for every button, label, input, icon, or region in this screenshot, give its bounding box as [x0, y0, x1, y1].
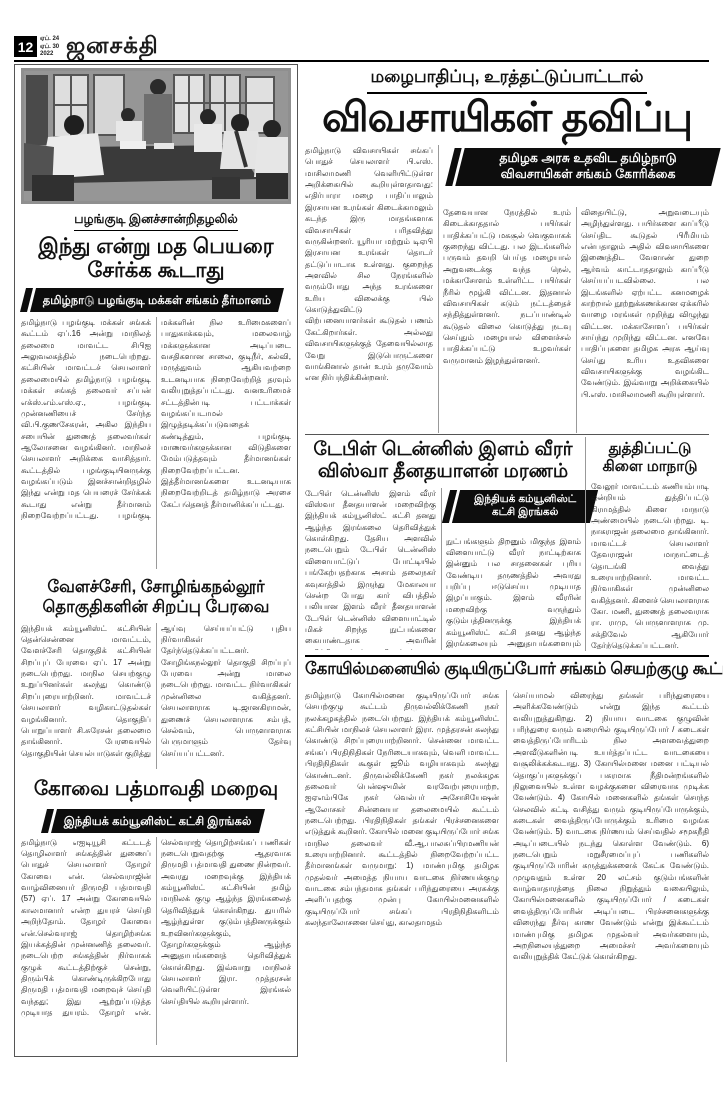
temple-article: கோயில்மனையில் குடியிருப்போர் சங்கம் செயற… — [305, 660, 709, 1078]
temple-body: தமிழ்நாடு கோயில்மனை குடியிருப்போர் சங்க … — [305, 690, 709, 1078]
assembly-headline: வேளச்சேரி, சோழிங்கநல்லூர் தொகுதிகளின் சி… — [21, 578, 291, 618]
assembly-body: இந்தியக் கம்யூனிஸ்ட் கட்சியின் தென்சென்ன… — [21, 623, 291, 769]
obituary-headline: கோவை பத்மாவதி மறைவு — [21, 778, 291, 803]
lead-col3: விதையிட்டு, அறுவடையும் அழிந்துள்ளது. பயி… — [581, 207, 709, 433]
tribal-headline: இந்து என்று மத பெயரை சேர்க்க கூடாது — [21, 235, 291, 282]
section-rule — [305, 655, 709, 657]
branch-body: வேலூர் மாவட்டம் கணியம்பாடி ஒன்றியம் துத்… — [591, 481, 709, 649]
tennis-article: டேபிள் டென்னிஸ் இளம் வீரர் விஸ்வா தீனதயா… — [305, 439, 581, 652]
date-line: ஏப். 30 — [40, 44, 59, 52]
column-rule — [506, 690, 507, 1062]
tennis-col1: டேபிள் டென்னிஸ் இளம் வீரர் விஸ்வா தீனதயா… — [305, 488, 436, 650]
obituary-body: தமிழ்நாடு எஐடியூசி கட்டடத் தொழிலாளர் சங்… — [21, 837, 291, 1045]
masthead: ஜனசக்தி — [66, 32, 159, 62]
tennis-headline: டேபிள் டென்னிஸ் இளம் வீரர் விஸ்வா தீனதயா… — [305, 439, 581, 483]
lead-flag-text: தமிழக அரசு உதவிட தமிழ்நாடு விவசாயிகள் சங… — [470, 151, 706, 182]
issue-dates: ஏப். 24 ஏப். 30 2022 — [40, 36, 59, 59]
lead-col2: தேவையான நேரத்தில் உரம் கிடைக்காததால் பயி… — [443, 207, 571, 433]
column-rule — [438, 145, 439, 433]
temple-headline: கோயில்மனையில் குடியிருப்போர் சங்கம் செயற… — [305, 660, 709, 681]
lead-headline: விவசாயிகள் தவிப்பு — [305, 96, 709, 139]
column-rule — [576, 207, 577, 433]
tennis-col2: நுட்பங்களும் திறனும் மிகுந்த இளம் விளையா… — [446, 536, 581, 650]
lead-flag: தமிழக அரசு உதவிட தமிழ்நாடு விவசாயிகள் சங… — [452, 148, 720, 186]
date-line: ஏப். 24 — [40, 36, 59, 44]
column-rule — [585, 437, 586, 651]
tennis-flag: இந்தியக் கம்யூனிஸ்ட் கட்சி இரங்கல் — [449, 490, 598, 523]
meeting-photo-art — [24, 71, 288, 201]
header-rule — [14, 60, 709, 62]
lead-article: மழைபாதிப்பு, உரத்தட்டுப்பாட்டால் விவசாயி… — [305, 63, 709, 435]
branch-headline-line1: துத்திப்பட்டு — [591, 440, 709, 458]
temple-col1: தமிழ்நாடு கோயில்மனை குடியிருப்போர் சங்க … — [305, 690, 499, 1076]
obituary-flag: இந்தியக் கம்யூனிஸ்ட் கட்சி இரங்கல் — [48, 809, 265, 833]
newspaper-page: 12 ஏப். 24 ஏப். 30 2022 ஜனசக்தி — [0, 0, 723, 1106]
obituary-flag-text: இந்தியக் கம்யூனிஸ்ட் கட்சி இரங்கல் — [63, 815, 251, 829]
section-rule — [305, 434, 709, 435]
branch-headline-line2: கிளை மாநாடு — [591, 458, 709, 476]
branch-article: துத்திப்பட்டு கிளை மாநாடு வேலூர் மாவட்டம… — [591, 440, 709, 649]
lead-kicker: மழைபாதிப்பு, உரத்தட்டுப்பாட்டால் — [305, 66, 709, 94]
tennis-headline-line2: விஸ்வா தீனதயாளன் மரணம் — [305, 461, 581, 483]
temple-col2: செய்யாமல் விரைந்து தங்கள் பரிந்துரையை அள… — [513, 690, 709, 1076]
tennis-body: டேபிள் டென்னிஸ் இளம் வீரர் விஸ்வா தீனதயா… — [305, 488, 581, 652]
tennis-headline-line1: டேபிள் டென்னிஸ் இளம் வீரர் — [305, 439, 581, 461]
tennis-flag-text: இந்தியக் கம்யூனிஸ்ட் கட்சி இரங்கல் — [466, 493, 584, 519]
lead-body: தமிழ்நாடு விவசாயிகள் சங்கப் பொதுச் செயலா… — [305, 145, 709, 435]
tribal-kicker-text: பழங்குடி இனச்சான்றிதழலில் — [74, 212, 238, 231]
meeting-photo — [21, 68, 291, 204]
left-column-block: பழங்குடி இனச்சான்றிதழலில் இந்து என்று மத… — [14, 64, 298, 1057]
branch-headline: துத்திப்பட்டு கிளை மாநாடு — [591, 440, 709, 476]
tribal-flag-text: தமிழ்நாடு பழங்குடி மக்கள் சங்கம் தீர்மான… — [43, 294, 271, 308]
tribal-body: தமிழ்நாடு பழங்குடி மக்கள் சங்கக் கூட்டம்… — [21, 317, 291, 569]
tribal-kicker: பழங்குடி இனச்சான்றிதழலில் — [21, 212, 291, 231]
column-rule — [441, 488, 442, 650]
lead-col1: தமிழ்நாடு விவசாயிகள் சங்கப் பொதுச் செயலா… — [305, 145, 433, 433]
page-number: 12 — [14, 36, 37, 57]
tribal-flag: தமிழ்நாடு பழங்குடி மக்கள் சங்கம் தீர்மான… — [27, 288, 284, 312]
lead-kicker-text: மழைபாதிப்பு, உரத்தட்டுப்பாட்டால் — [367, 66, 648, 94]
date-line: 2022 — [40, 51, 59, 59]
